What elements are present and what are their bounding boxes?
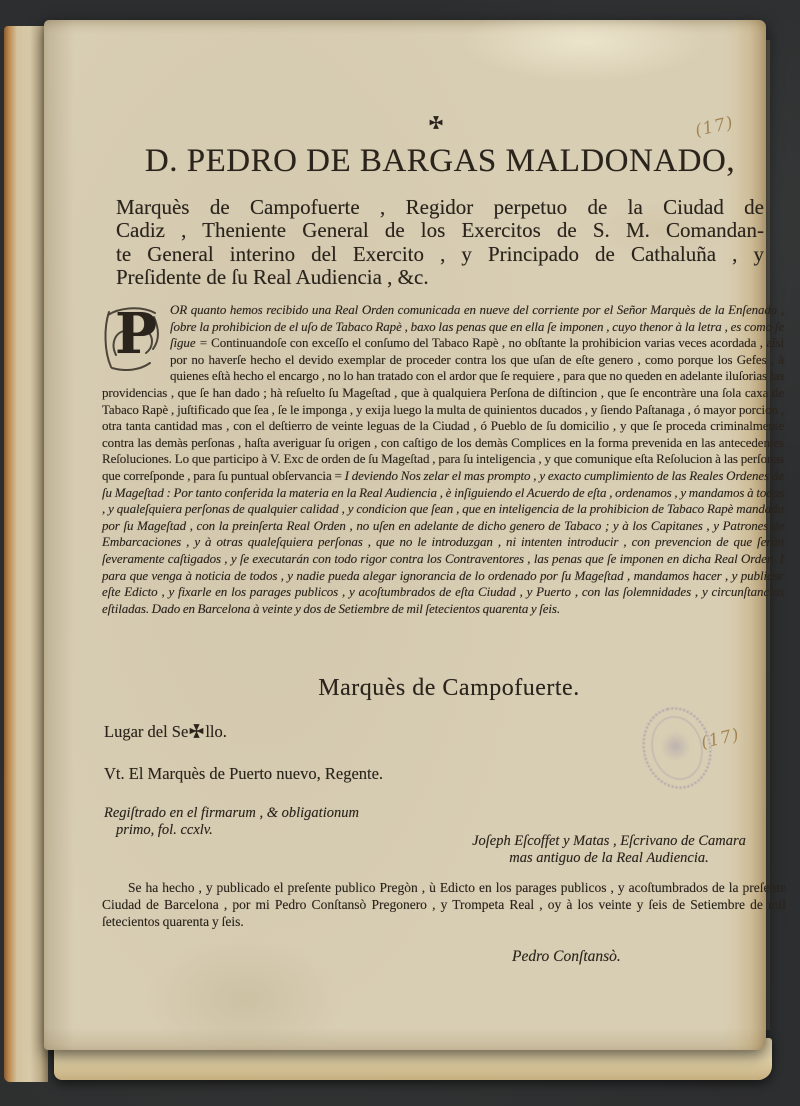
registration-line2: primo, fol. ccxlv. — [116, 822, 359, 839]
subtitle-line: Marquès de Campofuerte , Regidor perpetu… — [116, 196, 764, 219]
edict-subtitle: Marquès de Campofuerte , Regidor perpetu… — [116, 196, 764, 290]
maltese-cross-icon — [429, 115, 443, 130]
signature-marques-de-campofuerte: Marquès de Campofuerte. — [88, 675, 800, 702]
registration-note: Regiſtrado en el firmarum , & obligation… — [104, 805, 359, 839]
regent-visto-line: Vt. El Marquès de Puerto nuevo, Regente. — [104, 764, 383, 784]
seal-line-before: Lugar del Se — [104, 722, 188, 741]
clerk-line1: Joſeph Eſcoffet y Matas , Eſcrivano de C… — [456, 833, 762, 850]
body-royal-order-roman: Continuandoſe con exceſſo el conſumo del… — [102, 335, 784, 483]
signature-pedro-constanso: Pedro Conſtansò. — [512, 948, 621, 966]
seal-placeholder-line: Lugar del Sello. — [104, 722, 227, 742]
seal-maltese-cross-icon — [189, 723, 204, 739]
subtitle-line: Preſidente de ſu Real Audiencia , &c. — [116, 266, 764, 289]
book-gutter-page-edges — [4, 26, 48, 1082]
subtitle-line: Cadiz , Theniente General de los Exercit… — [116, 219, 764, 242]
crier-proclamation-paragraph: Se ha hecho , y publicado el preſente pu… — [102, 880, 786, 930]
seal-line-after: llo. — [205, 722, 227, 741]
edict-title: D. PEDRO DE BARGAS MALDONADO, — [114, 141, 766, 181]
clerk-line2: mas antiguo de la Real Audiencia. — [456, 850, 762, 867]
body-closing-italic: I deviendo Nos zelar el mas prompto , y … — [102, 468, 784, 616]
subtitle-line: te General interino del Exercito , y Pri… — [116, 243, 764, 266]
registration-line1: Regiſtrado en el firmarum , & obligation… — [104, 805, 359, 822]
ornamental-initial: P — [102, 305, 162, 371]
drop-cap-letter: P — [115, 299, 157, 369]
photograph-of-bound-edict: { "folio_note": "(17)", "title": "D. PED… — [0, 0, 800, 1106]
handwritten-folio-number-top: (17) — [693, 113, 735, 141]
clerk-attestation: Joſeph Eſcoffet y Matas , Eſcrivano de C… — [456, 833, 762, 867]
edict-body-paragraph: P OR quanto hemos recibido una Real Orde… — [102, 302, 784, 617]
edict-page: (17) D. PEDRO DE BARGAS MALDONADO, Marqu… — [44, 20, 766, 1050]
